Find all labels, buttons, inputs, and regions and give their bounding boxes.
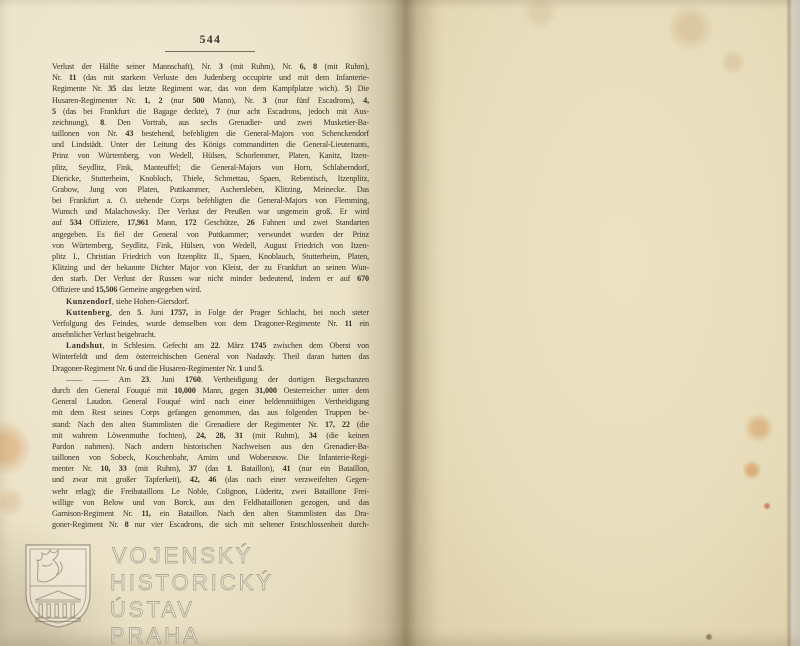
book-spread: 544 Verlust der Hälfte seiner Mannschaft… (0, 0, 800, 646)
text-line: taillonen von Nr. 43 bestehend, befehlig… (52, 128, 369, 139)
text-line: Klitzing und der bekannte Dichter Major … (52, 262, 369, 273)
text-line: Prinz von Würtemberg, von Wedell, Hülsen… (52, 150, 369, 161)
text-line: und zwar mit großer Tapferkeit), 42, 46 … (52, 474, 369, 485)
text-line: Winterfeldt und dem österreichischen Gen… (52, 351, 369, 362)
text-line: auf 534 Offiziere, 17,961 Mann, 172 Gesc… (52, 217, 369, 228)
entry-headword: Landshut (66, 341, 102, 350)
entry-headword: Kuttenberg (66, 308, 110, 317)
text-line: wehr erlag); die Freibataillons Le Noble… (52, 486, 369, 497)
text-line: Garnison-Regiment Nr. 11, ein Bataillon.… (52, 508, 369, 519)
text-line: willige von Below und von Borck, aus den… (52, 497, 369, 508)
left-page: 544 Verlust der Hälfte seiner Mannschaft… (0, 0, 404, 646)
text-line: Verlust der Hälfte seiner Mannschaft), N… (52, 61, 369, 72)
text-line: mit dem Rest seines Corps gefangen genom… (52, 407, 369, 418)
text-line: Pardon nahmen). Nach andern historischen… (52, 441, 369, 452)
text-line: bei Frankfurt a. O. stehende Corps befeh… (52, 195, 369, 206)
text-line: Kuttenberg, den 5. Juni 1757, in Folge d… (52, 307, 369, 318)
left-text-column: Verlust der Hälfte seiner Mannschaft), N… (52, 61, 369, 530)
text-line: stand: Nach den alten Stammlisten die Gr… (52, 419, 369, 430)
text-line: Dragoner-Regiment Nr. 6 und die Husaren-… (52, 363, 369, 374)
text-line: Wunsch und Malachowsky. Der Verlust der … (52, 206, 369, 217)
entry-headword: Kunzendorf (66, 297, 112, 306)
text-line: menter Nr. 10, 33 (mit Ruhm), 37 (das 1.… (52, 463, 369, 474)
text-line: durch den General Fouqué mit 10,000 Mann… (52, 385, 369, 396)
text-line: und Lindstädt. Unter der Leitung des Kön… (52, 139, 369, 150)
text-line: Kunzendorf, siehe Hohen-Giersdorf. (52, 296, 369, 307)
header-rule-left (165, 51, 255, 52)
text-line: den starb. Der Verlust der Russen war ni… (52, 273, 369, 284)
text-line: goner-Regiment Nr. 8 nur vier Escadrons,… (52, 519, 369, 530)
text-line: General Laudon. General Fouqué wird nach… (52, 396, 369, 407)
page-number-left: 544 (52, 34, 369, 46)
text-line: zeichnung), 8. Den Vortrab, aus sechs Gr… (52, 117, 369, 128)
text-line: taillonen von Sobeck, Koschenbahr, Arnim… (52, 452, 369, 463)
text-line: 5 (das bei Frankfurt die Bagage deckte),… (52, 106, 369, 117)
text-line: Nr. 11 (das mit starkem Verluste den Jud… (52, 72, 369, 83)
text-line: Offiziere und 15,506 Gemeine angegeben w… (52, 284, 369, 295)
text-line: plitz, Seydlitz, Fink, Manteuffel; die G… (52, 162, 369, 173)
text-line: Verfolgung des Feindes, wurde demselben … (52, 318, 369, 329)
text-line: mit wahrem Löwenmuthe fochten), 24, 28, … (52, 430, 369, 441)
text-line: plitz I., Christian Friedrich von Itzenp… (52, 251, 369, 262)
text-line: Diericke, Stutterheim, Knobloch, Thiele,… (52, 173, 369, 184)
text-line: Regimente Nr. 35 das letzte Regiment war… (52, 83, 369, 94)
text-line: —— —— Am 23. Juni 1760. Vertheidigung de… (52, 374, 369, 385)
text-line: Grabow, Jung von Platen, Puttkammer, Asc… (52, 184, 369, 195)
text-line: angegeben. Es fiel der General von Puttk… (52, 229, 369, 240)
right-page: 545 schlugen. Nach den alten Stammlisten… (404, 0, 800, 646)
text-line: Landshut, in Schlesien. Gefecht am 22. M… (52, 340, 369, 351)
text-line: Husaren-Regimenter Nr. 1, 2 (nur 500 Man… (52, 95, 369, 106)
text-line: von Würtemberg, Seydlitz, Fink, Hülsen, … (52, 240, 369, 251)
text-line: ansehnlicher Verlust beigebracht. (52, 329, 369, 340)
